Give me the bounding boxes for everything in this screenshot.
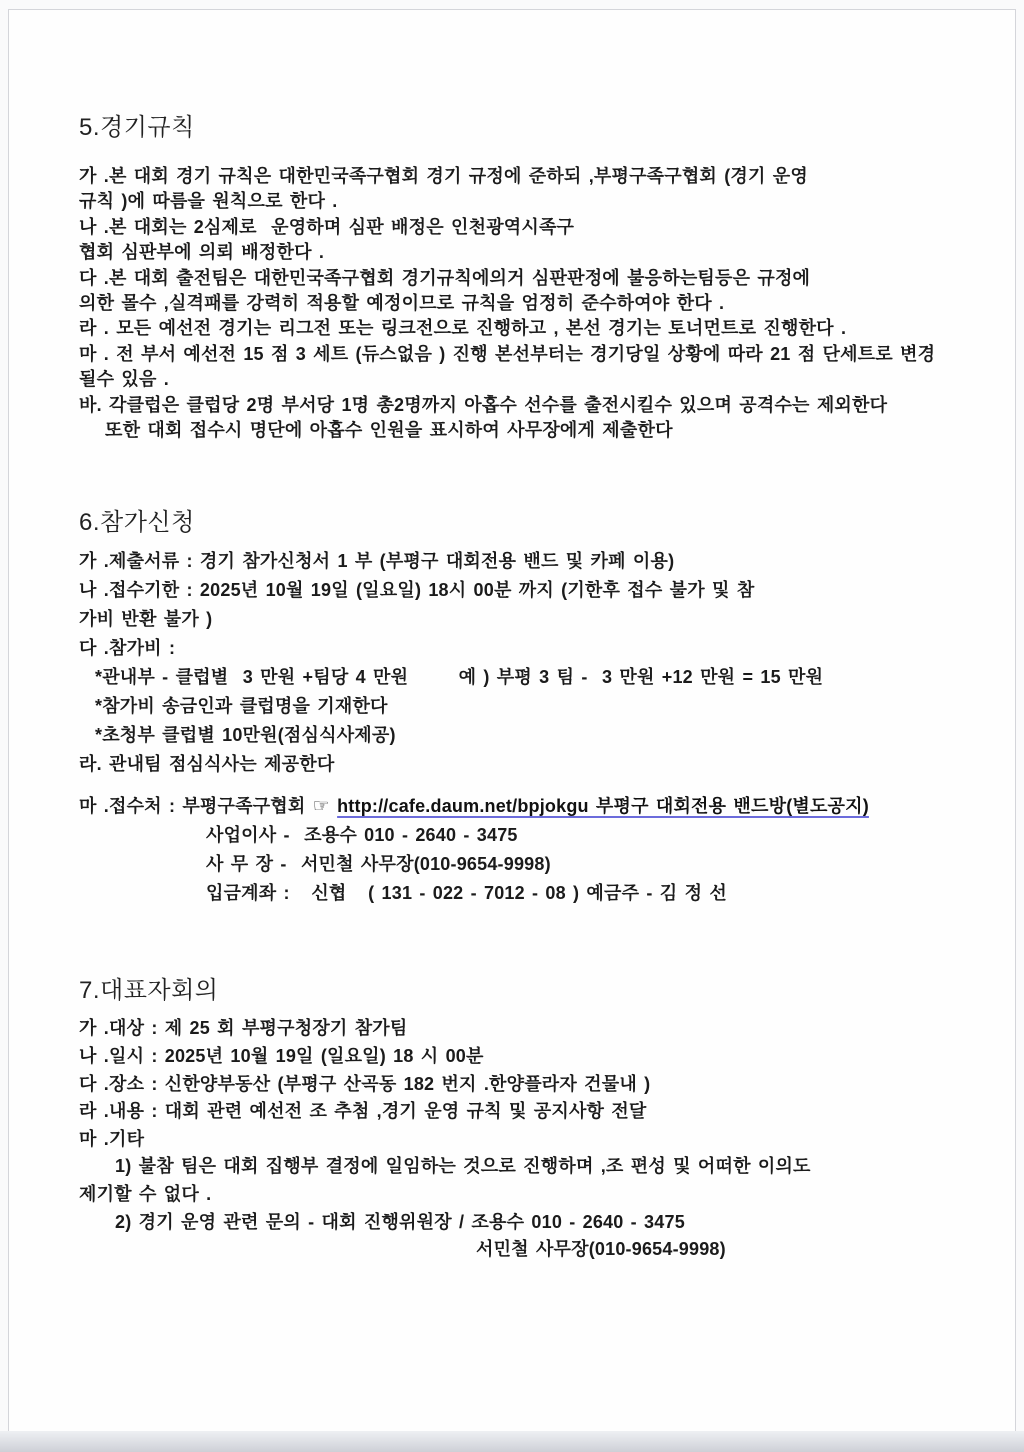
text-line: 규칙 )에 따름을 원칙으로 한다 . xyxy=(79,189,963,214)
document-page: 5.경기규칙가 .본 대회 경기 규칙은 대한민국족구협회 경기 규정에 준하되… xyxy=(8,9,1016,1432)
text-line: 1) 불참 팀은 대회 집행부 결정에 일임하는 것으로 진행하며 ,조 편성 … xyxy=(79,1153,963,1181)
text-line: 나 .일시 : 2025년 10월 19일 (일요일) 18 시 00분 xyxy=(79,1043,963,1071)
text-line: 서민철 사무장(010-9654-9998) xyxy=(79,1236,963,1264)
text-line: 의한 몰수 ,실격패를 강력히 적용할 예정이므로 규칙을 엄정히 준수하여야 … xyxy=(79,291,963,316)
text-line: *초청부 클럽별 10만원(점심식사제공) xyxy=(79,721,963,750)
text-line: 협회 심판부에 의뢰 배정한다 . xyxy=(79,240,963,265)
text-line: 라. 관내팀 점심식사는 제공한다 xyxy=(79,750,963,779)
text-line: 다 .장소 : 신한양부동산 (부평구 산곡동 182 번지 .한양플라자 건물… xyxy=(79,1071,963,1099)
text-line: 다 .본 대회 출전팀은 대한민국족구협회 경기규칙에의거 심판판정에 불응하는… xyxy=(79,266,963,291)
text-line: 가 .제출서류 : 경기 참가신청서 1 부 (부평구 대회전용 밴드 및 카페… xyxy=(79,547,963,576)
section-title: 5.경기규칙 xyxy=(79,112,963,144)
pointing-hand-icon: ☞ xyxy=(313,796,330,817)
reception-label: 마 .접수처 : 부평구족구협회 xyxy=(79,796,313,816)
text-line: 나 .본 대회는 2심제로 운영하며 심판 배정은 인천광역시족구 xyxy=(79,215,963,240)
text-line: 다 .참가비 : xyxy=(79,634,963,663)
text-line: 제기할 수 없다 . xyxy=(79,1181,963,1209)
cafe-band-link[interactable]: http://cafe.daum.net/bpjokgu 부평구 대회전용 밴드… xyxy=(337,796,869,816)
section-meeting: 7.대표자회의가 .대상 : 제 25 회 부평구청장기 참가팀나 .일시 : … xyxy=(79,975,963,1263)
text-line: 라 . 모든 예선전 경기는 리그전 또는 링크전으로 진행하고 , 본선 경기… xyxy=(79,316,963,341)
text-line: 마 . 전 부서 예선전 15 점 3 세트 (듀스없음 ) 진행 본선부터는 … xyxy=(79,342,963,367)
text-line: 2) 경기 운영 관련 문의 - 대회 진행위원장 / 조용수 010 - 26… xyxy=(79,1209,963,1237)
text-line: 사업이사 - 조용수 010 - 2640 - 3475 xyxy=(79,821,963,850)
text-line: 나 .접수기한 : 2025년 10월 19일 (일요일) 18시 00분 까지… xyxy=(79,576,963,605)
page-bottom-shadow xyxy=(0,1431,1024,1452)
section-rules: 5.경기규칙가 .본 대회 경기 규칙은 대한민국족구협회 경기 규정에 준하되… xyxy=(79,112,963,443)
text-line: 또한 대회 접수시 명단에 아홉수 인원을 표시하여 사무장에게 제출한다 xyxy=(79,418,963,443)
text-line: 사 무 장 - 서민철 사무장(010-9654-9998) xyxy=(79,850,963,879)
text-line: *관내부 - 클럽별 3 만원 +팀당 4 만원 예 ) 부평 3 팀 - 3 … xyxy=(79,663,963,692)
section-apply: 6.참가신청가 .제출서류 : 경기 참가신청서 1 부 (부평구 대회전용 밴… xyxy=(79,507,963,908)
section-title: 6.참가신청 xyxy=(79,507,963,539)
text-line: 입금계좌 : 신협 ( 131 - 022 - 7012 - 08 ) 예금주 … xyxy=(79,879,963,908)
text-line: 가 .대상 : 제 25 회 부평구청장기 참가팀 xyxy=(79,1015,963,1043)
text-line: 바. 각클럽은 클럽당 2명 부서당 1명 총2명까지 아홉수 선수를 출전시킬… xyxy=(79,393,963,418)
text-line: 가비 반환 불가 ) xyxy=(79,605,963,634)
text-line: 될수 있음 . xyxy=(79,367,963,392)
section-title: 7.대표자회의 xyxy=(79,975,963,1007)
text-line: 마 .기타 xyxy=(79,1126,963,1154)
text-line: 가 .본 대회 경기 규칙은 대한민국족구협회 경기 규정에 준하되 ,부평구족… xyxy=(79,164,963,189)
text-line: *참가비 송금인과 클럽명을 기재한다 xyxy=(79,692,963,721)
text-line: 마 .접수처 : 부평구족구협회 ☞ http://cafe.daum.net/… xyxy=(79,792,963,821)
text-line: 라 .내용 : 대회 관련 예선전 조 추첨 ,경기 운영 규칙 및 공지사항 … xyxy=(79,1098,963,1126)
document-content: 5.경기규칙가 .본 대회 경기 규칙은 대한민국족구협회 경기 규정에 준하되… xyxy=(79,112,963,1264)
